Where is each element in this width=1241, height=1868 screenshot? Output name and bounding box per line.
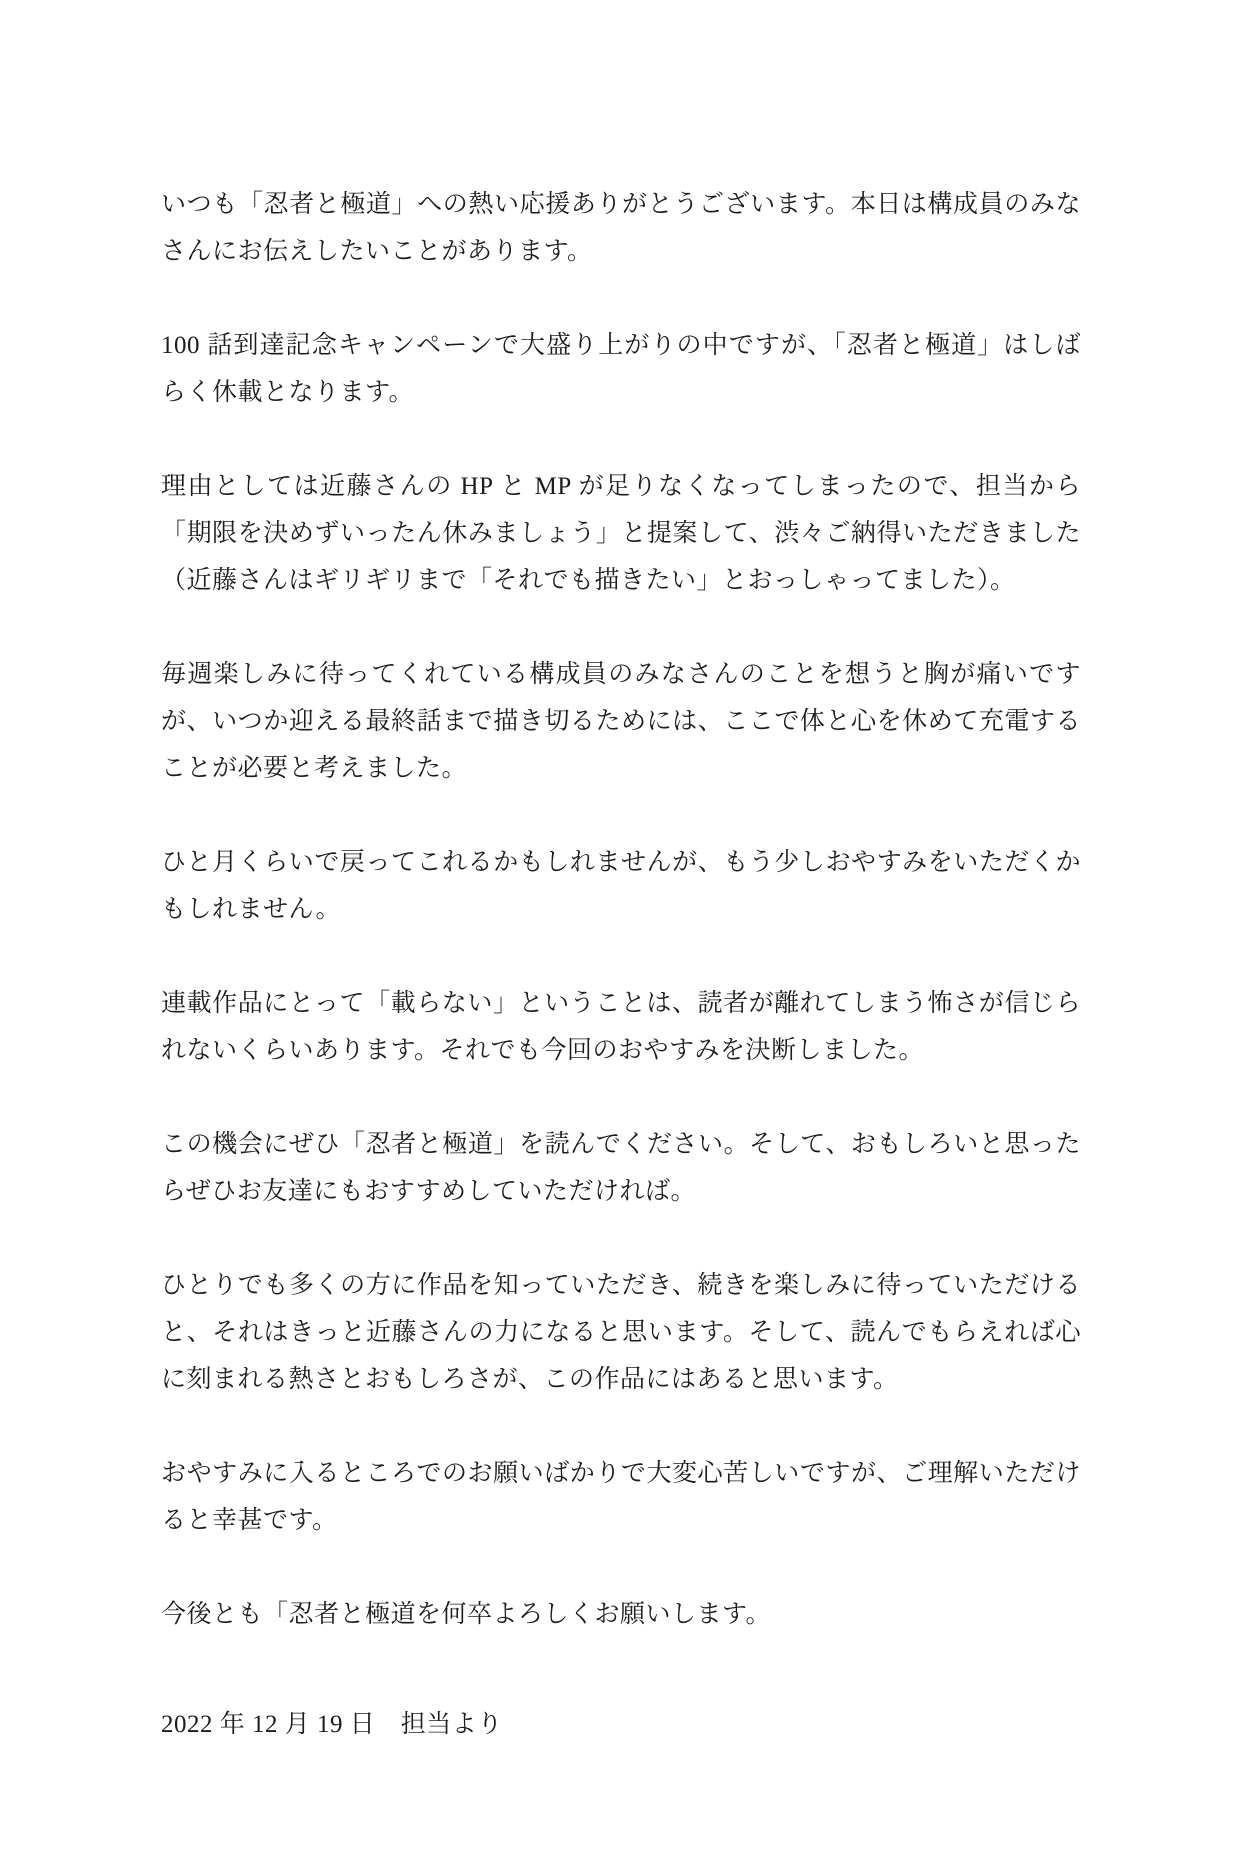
date-signature-line: 2022 年 12 月 19 日 担当より [161,1701,1081,1748]
paragraph: 今後とも「忍者と極道を何卒よろしくお願いします。 [161,1591,1081,1638]
paragraph: 連載作品にとって「載らない」ということは、読者が離れてしまう怖さが信じられないく… [161,980,1081,1074]
paragraph: ひと月くらいで戻ってこれるかもしれませんが、もう少しおやすみをいただくかもしれま… [161,839,1081,933]
paragraph: おやすみに入るところでのお願いばかりで大変心苦しいですが、ご理解いただけると幸甚… [161,1450,1081,1544]
paragraph: いつも「忍者と極道」への熱い応援ありがとうございます。本日は構成員のみなさんにお… [161,181,1081,275]
paragraph: 100 話到達記念キャンペーンで大盛り上がりの中ですが、「忍者と極道」はしばらく… [161,322,1081,416]
document-page: いつも「忍者と極道」への熱い応援ありがとうございます。本日は構成員のみなさんにお… [0,0,1241,1868]
paragraph: 毎週楽しみに待ってくれている構成員のみなさんのことを想うと胸が痛いですが、いつか… [161,651,1081,792]
paragraph: ひとりでも多くの方に作品を知っていただき、続きを楽しみに待っていただけると、それ… [161,1262,1081,1403]
paragraph: 理由としては近藤さんの HP と MP が足りなくなってしまったので、担当から「… [161,463,1081,604]
paragraph: この機会にぜひ「忍者と極道」を読んでください。そして、おもしろいと思ったらぜひお… [161,1121,1081,1215]
